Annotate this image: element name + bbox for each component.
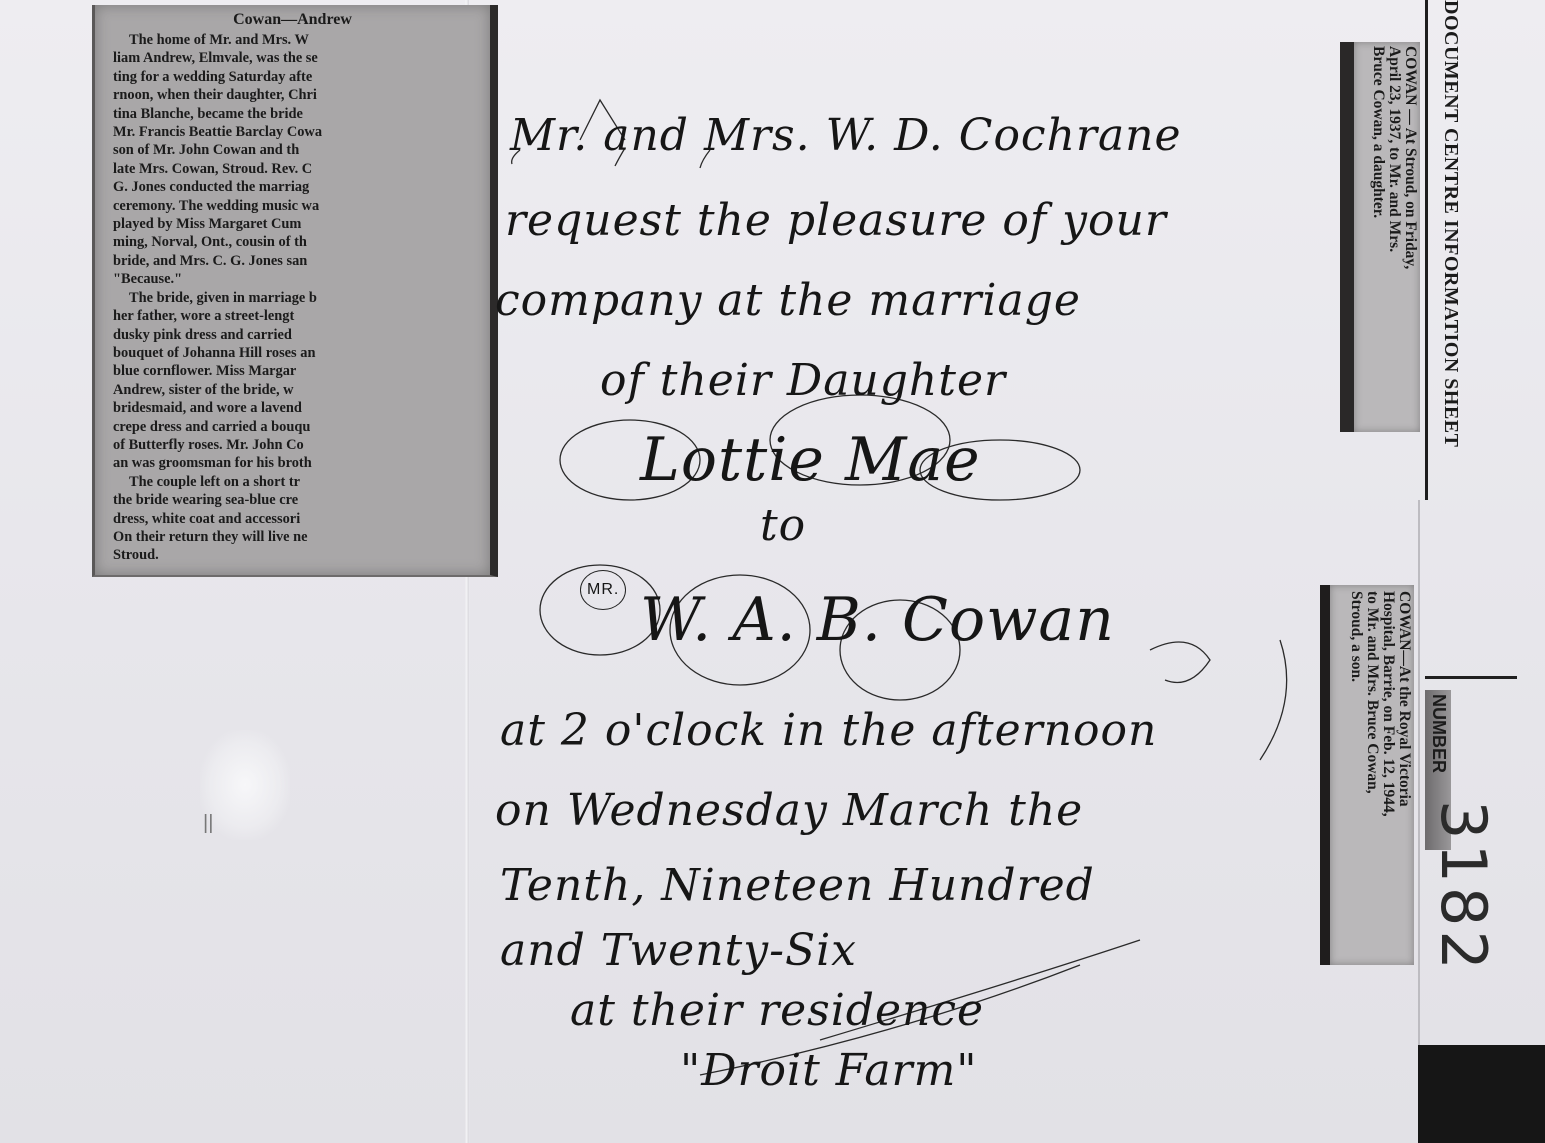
birth-notice-1944-text: COWAN—At the Royal VictoriaHospital, Bar… <box>1348 591 1412 817</box>
notice-line: Bruce Cowan, a daughter. <box>1370 46 1386 269</box>
notice-line: April 23, 1937, to Mr. and Mrs. <box>1386 46 1402 269</box>
invitation-weekday: on Wednesday March the <box>495 785 1083 836</box>
invitation-time: at 2 o'clock in the afternoon <box>500 705 1157 756</box>
invitation-daughter: of their Daughter <box>600 355 1006 406</box>
scan-edge-block <box>1418 1045 1545 1143</box>
notice-line: COWAN—At the Royal Victoria <box>1396 591 1412 817</box>
bride-name: Lottie Mae <box>640 425 981 495</box>
groom-prefix-badge: MR. <box>580 570 626 610</box>
document-number: 3182 <box>1427 800 1500 974</box>
notice-line: Stroud, a son. <box>1348 591 1364 817</box>
invitation-venue-name: "Droit Farm" <box>680 1045 978 1096</box>
birth-notice-1944-clipping: COWAN—At the Royal VictoriaHospital, Bar… <box>1320 585 1414 965</box>
birth-notice-1937-clipping: COWAN — At Stroud, on Friday,April 23, 1… <box>1340 42 1420 432</box>
notice-line: to Mr. and Mrs. Bruce Cowan, <box>1364 591 1380 817</box>
number-label: NUMBER <box>1428 694 1449 773</box>
information-sheet-header: DOCUMENT CENTRE INFORMATION SHEET <box>1425 0 1464 500</box>
invitation-request: request the pleasure of your <box>505 195 1167 246</box>
notice-line: Hospital, Barrie, on Feb. 12, 1944, <box>1380 591 1396 817</box>
number-divider <box>1425 676 1517 679</box>
wedding-invitation: Mr. and Mrs. W. D. Cochrane request the … <box>0 0 1545 1143</box>
notice-line: COWAN — At Stroud, on Friday, <box>1402 46 1418 269</box>
invitation-venue-intro: at their residence <box>570 985 984 1036</box>
invitation-company: company at the marriage <box>495 275 1081 326</box>
invitation-date: Tenth, Nineteen Hundred <box>500 860 1095 911</box>
sheet-edge <box>1418 500 1420 1045</box>
invitation-year: and Twenty-Six <box>500 925 857 976</box>
groom-name: W. A. B. Cowan <box>640 585 1115 655</box>
birth-notice-1937-text: COWAN — At Stroud, on Friday,April 23, 1… <box>1370 46 1418 269</box>
information-sheet-title: DOCUMENT CENTRE INFORMATION SHEET <box>1439 0 1462 447</box>
invitation-to: to <box>760 500 806 551</box>
invitation-hosts: Mr. and Mrs. W. D. Cochrane <box>510 110 1182 161</box>
